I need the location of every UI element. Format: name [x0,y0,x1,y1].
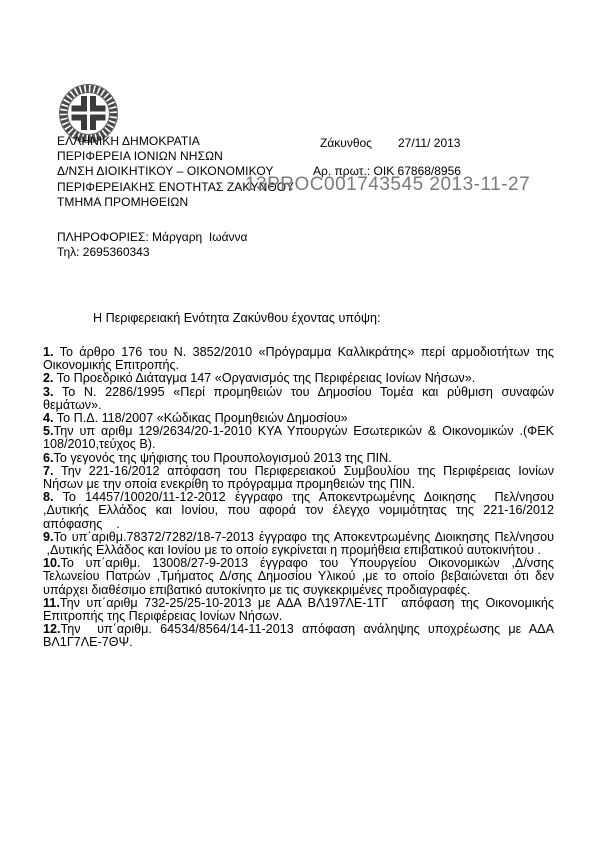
item-number: 7. [43,464,54,478]
item-text: Την υπ αριθμ 129/2634/20-1-2010 ΚΥΑ Υπου… [43,424,554,451]
list-item: 11.Την υπ΄αριθμ 732-25/25-10-2013 με ΑΔΑ… [43,597,554,623]
item-number: 8. [43,490,54,504]
intro-line: Η Περιφερειακή Ενότητα Ζακύνθου έχοντας … [93,311,381,325]
contact-block: ΠΛΗΡΟΦΟΡΙΕΣ: Μάργαρη Ιωάννα Τηλ: 2695360… [57,230,247,260]
item-number: 2. [43,371,54,385]
item-number: 9. [43,530,54,544]
item-text: Το 14457/10020/11-12-2012 έγγραφο της Απ… [43,490,554,530]
document-page: ΕΛΛΗΝΙΚΗ ΔΗΜΟΚΡΑΤΙΑ ΠΕΡΙΦΕΡΕΙΑ ΙΟΝΙΩΝ ΝΗ… [0,0,595,842]
item-number: 10. [43,556,61,570]
item-text: Την υπ΄αριθμ 732-25/25-10-2013 με ΑΔΑ ΒΛ… [43,596,554,623]
item-text: Το Προεδρικό Διάταγμα 147 «Οργανισμός τη… [54,371,476,385]
item-text: Το Π.Δ. 118/2007 «Κώδικας Προμηθειών Δημ… [54,411,348,425]
item-number: 1. [43,345,54,359]
item-text: Την 221-16/2012 απόφαση του Περιφερειακο… [43,464,554,491]
item-text: Την υπ΄αριθμ. 64534/8564/14-11-2013 απόφ… [43,622,554,649]
registry-watermark: 13PROC001743545 2013-11-27 [245,174,530,196]
place-date-line: Ζάκυνθος27/11/ 2013 [320,136,460,150]
list-item: 7. Την 221-16/2012 απόφαση του Περιφερει… [43,465,554,491]
item-text: Το υπ΄αριθμ. 13008/27-9-2013 έγγραφο του… [43,556,554,596]
list-item: 9.Το υπ΄αριθμ.78372/7282/18-7-2013 έγγρα… [43,531,554,557]
item-text: Το γεγονός της ψήφισης του Προυπολογισμο… [54,451,392,465]
list-item: 1. Το άρθρο 176 του Ν. 3852/2010 «Πρόγρα… [43,346,554,372]
item-number: 4. [43,411,54,425]
list-item: 10.Το υπ΄αριθμ. 13008/27-9-2013 έγγραφο … [43,557,554,597]
item-number: 3. [43,385,54,399]
place-label: Ζάκυνθος [320,136,372,150]
item-text: Το υπ΄αριθμ.78372/7282/18-7-2013 έγγραφο… [43,530,554,557]
considerations-list: 1. Το άρθρο 176 του Ν. 3852/2010 «Πρόγρα… [43,346,554,650]
contact-phone: Τηλ: 2695360343 [57,245,247,260]
contact-person: ΠΛΗΡΟΦΟΡΙΕΣ: Μάργαρη Ιωάννα [57,230,247,245]
org-line-department: ΤΜΗΜΑ ΠΡΟΜΗΘΕΙΩΝ [57,195,329,210]
item-number: 12. [43,622,61,636]
item-number: 11. [43,596,60,610]
item-text: Το άρθρο 176 του Ν. 3852/2010 «Πρόγραμμα… [43,345,554,372]
sender-header: ΕΛΛΗΝΙΚΗ ΔΗΜΟΚΡΑΤΙΑ ΠΕΡΙΦΕΡΕΙΑ ΙΟΝΙΩΝ ΝΗ… [57,134,329,210]
list-item: 5.Την υπ αριθμ 129/2634/20-1-2010 ΚΥΑ Υπ… [43,425,554,451]
list-item: 3. Το Ν. 2286/1995 «Περί προμηθειών του … [43,386,554,412]
list-item: 12.Την υπ΄αριθμ. 64534/8564/14-11-2013 α… [43,623,554,649]
org-line-region: ΠΕΡΙΦΕΡΕΙΑ ΙΟΝΙΩΝ ΝΗΣΩΝ [57,149,329,164]
item-text: Το Ν. 2286/1995 «Περί προμηθειών του Δημ… [43,385,554,412]
item-number: 5. [43,424,54,438]
date-value: 27/11/ 2013 [398,136,461,150]
item-number: 6. [43,451,54,465]
list-item: 8. Το 14457/10020/11-12-2012 έγγραφο της… [43,491,554,531]
org-line-country: ΕΛΛΗΝΙΚΗ ΔΗΜΟΚΡΑΤΙΑ [57,134,329,149]
